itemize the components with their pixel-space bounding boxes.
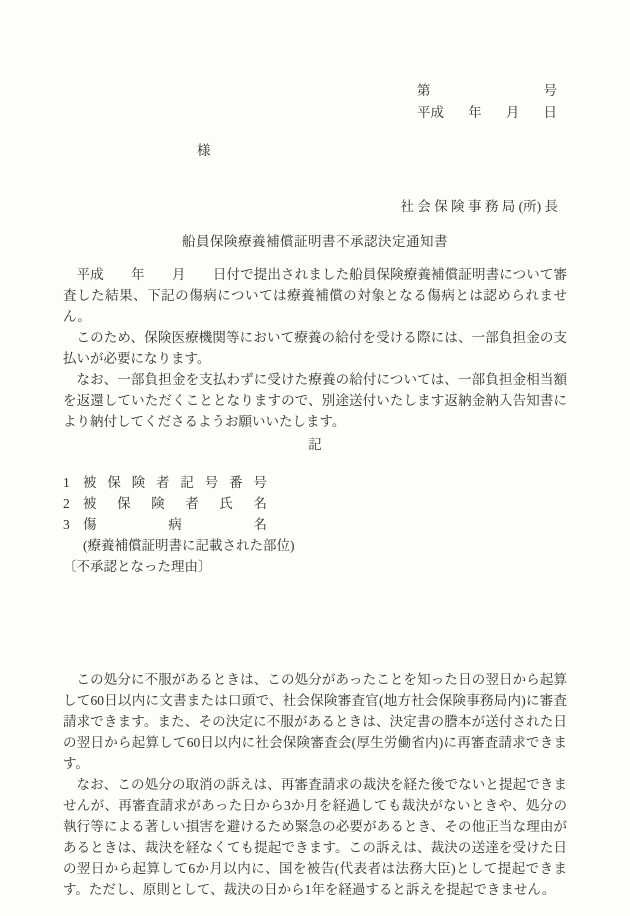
item-number: 3 (63, 514, 83, 535)
item-label: 傷病名 (83, 514, 267, 535)
docnumber-date-block: 第 号 平成 年 月 日 (417, 80, 557, 124)
date-month-unit: 月 (506, 102, 520, 124)
addressee-honorific: 様 (197, 143, 211, 158)
list-item-disease-name: 3 傷病名 (63, 514, 567, 535)
document-header: 第 号 平成 年 月 日 様 社 会 保 険 事 務 局 (所) 長 (63, 80, 567, 217)
item-number: 2 (63, 493, 83, 514)
ki-marker: 記 (63, 434, 567, 455)
sender-line: 社 会 保 険 事 務 局 (所) 長 (63, 196, 567, 217)
item-note: (療養補償証明書に記載された部位) (63, 535, 567, 556)
item-number: 1 (63, 472, 83, 493)
date-era-label: 平成 (417, 102, 444, 124)
addressee-line: 様 (63, 140, 567, 161)
date-day-unit: 日 (543, 102, 557, 124)
notice-document-page: 第 号 平成 年 月 日 様 社 会 保 険 事 務 局 (所) 長 船員保険療… (0, 0, 630, 916)
appeal-paragraph-1: この処分に不服があるときは、この処分があったことを知った日の翌日から起算して60… (63, 669, 567, 774)
items-list: 1 被保険者記号番号 2 被保険者氏名 3 傷病名 (療養補償証明書に記載された… (63, 472, 567, 577)
body-paragraph-3: なお、一部負担金を支払わずに受けた療養の給付については、一部負担金相当額を返還し… (63, 369, 567, 432)
document-number-line: 第 号 (417, 80, 557, 102)
doc-number-suffix: 号 (544, 80, 558, 102)
list-item-insured-name: 2 被保険者氏名 (63, 493, 567, 514)
issue-date-line: 平成 年 月 日 (417, 102, 557, 124)
list-item-insured-number: 1 被保険者記号番号 (63, 472, 567, 493)
reason-heading: 〔不承認となった理由〕 (63, 556, 567, 577)
body-section: 平成 年 月 日付で提出されました船員保険療養補償証明書について審査した結果、下… (63, 264, 567, 432)
item-label: 被保険者氏名 (83, 493, 267, 514)
body-paragraph-2: このため、保険医療機関等において療養の給付を受ける際には、一部負担金の支払いが必… (63, 327, 567, 369)
date-year-unit: 年 (468, 102, 482, 124)
doc-number-prefix: 第 (417, 80, 431, 102)
appeal-section: この処分に不服があるときは、この処分があったことを知った日の翌日から起算して60… (63, 669, 567, 900)
appeal-paragraph-2: なお、この処分の取消の訴えは、再審査請求の裁決を経た後でないと提起できませんが、… (63, 774, 567, 900)
item-label: 被保険者記号番号 (83, 472, 267, 493)
sender-title: 社 会 保 険 事 務 局 (所) 長 (401, 199, 559, 214)
reason-blank-space (63, 577, 567, 669)
document-title: 船員保険療養補償証明書不承認決定通知書 (63, 231, 567, 252)
body-paragraph-1: 平成 年 月 日付で提出されました船員保険療養補償証明書について審査した結果、下… (63, 264, 567, 327)
